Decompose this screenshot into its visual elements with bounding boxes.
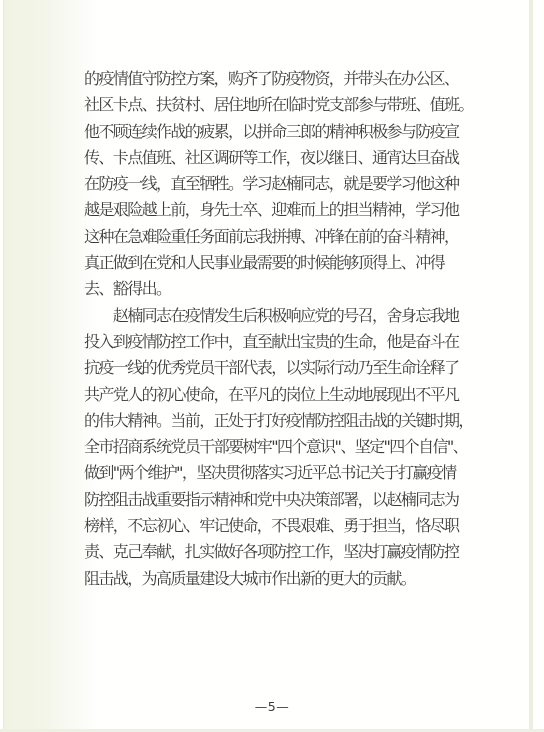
paragraph-2: 赵楠同志在疫情发生后积极响应党的号召，舍身忘我地 投入到疫情防控工作中，直至献出… [84,303,484,592]
page-number: —5— [0,700,544,714]
document-page: 的疫情值守防控方案，购齐了防疫物资，并带头在办公区、 社区卡点、扶贫村、居住地所… [0,0,544,732]
paragraph-1: 的疫情值守防控方案，购齐了防疫物资，并带头在办公区、 社区卡点、扶贫村、居住地所… [84,66,484,303]
page-right-edge-line [529,0,533,732]
body-text: 的疫情值守防控方案，购齐了防疫物资，并带头在办公区、 社区卡点、扶贫村、居住地所… [84,66,484,592]
